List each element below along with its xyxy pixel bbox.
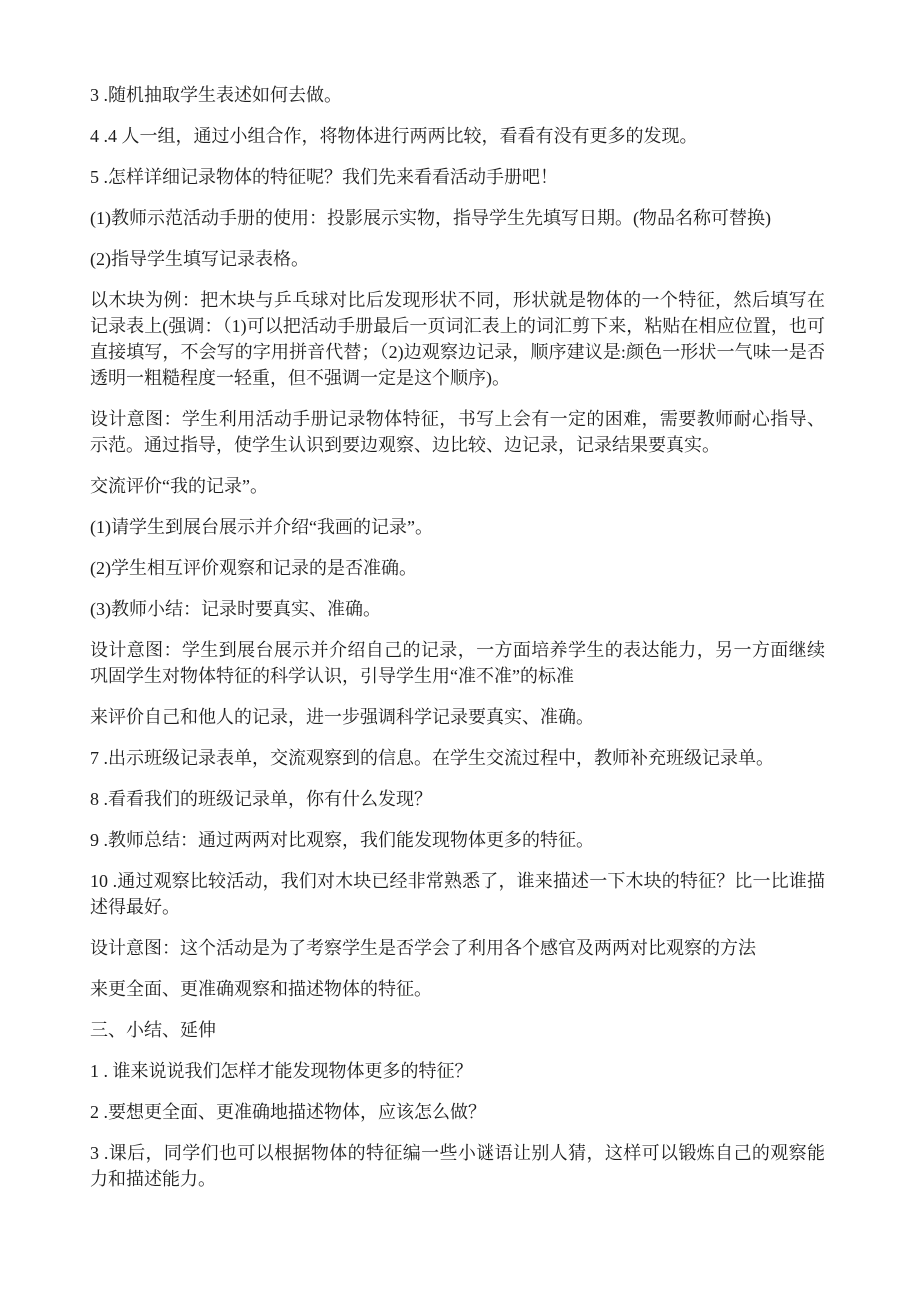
paragraph: 来更全面、更准确观察和描述物体的特征。 [90, 976, 825, 1002]
paragraph: (1)请学生到展台展示并介绍“我画的记录”。 [90, 514, 825, 540]
paragraph: (3)教师小结：记录时要真实、准确。 [90, 596, 825, 622]
paragraph: 设计意图：学生到展台展示并介绍自己的记录，一方面培养学生的表达能力，另一方面继续… [90, 637, 825, 689]
paragraph: (2)指导学生填写记录表格。 [90, 246, 825, 272]
paragraph: 3 .课后，同学们也可以根据物体的特征编一些小谜语让别人猜，这样可以锻炼自己的观… [90, 1140, 825, 1192]
document-body: 3 .随机抽取学生表述如何去做。4 .4 人一组，通过小组合作，将物体进行两两比… [90, 82, 825, 1207]
paragraph: 1 . 谁来说说我们怎样才能发现物体更多的特征？ [90, 1058, 825, 1084]
paragraph: 三、小结、延伸 [90, 1017, 825, 1043]
paragraph: 设计意图：这个活动是为了考察学生是否学会了利用各个感官及两两对比观察的方法 [90, 935, 825, 961]
paragraph: 来评价自己和他人的记录，进一步强调科学记录要真实、准确。 [90, 704, 825, 730]
paragraph: 10 .通过观察比较活动，我们对木块已经非常熟悉了，谁来描述一下木块的特征？比一… [90, 868, 825, 920]
paragraph: 7 .出示班级记录表单，交流观察到的信息。在学生交流过程中，教师补充班级记录单。 [90, 745, 825, 771]
document-page: 3 .随机抽取学生表述如何去做。4 .4 人一组，通过小组合作，将物体进行两两比… [0, 0, 920, 1301]
paragraph: (1)教师示范活动手册的使用：投影展示实物，指导学生先填写日期。(物品名称可替换… [90, 205, 825, 231]
paragraph: 9 .教师总结：通过两两对比观察，我们能发现物体更多的特征。 [90, 827, 825, 853]
paragraph: 5 .怎样详细记录物体的特征呢？我们先来看看活动手册吧！ [90, 164, 825, 190]
paragraph: 3 .随机抽取学生表述如何去做。 [90, 82, 825, 108]
paragraph: 8 .看看我们的班级记录单，你有什么发现？ [90, 786, 825, 812]
paragraph: 2 .要想更全面、更准确地描述物体，应该怎么做？ [90, 1099, 825, 1125]
paragraph: 设计意图：学生利用活动手册记录物体特征，书写上会有一定的困难，需要教师耐心指导、… [90, 406, 825, 458]
paragraph: 4 .4 人一组，通过小组合作，将物体进行两两比较，看看有没有更多的发现。 [90, 123, 825, 149]
paragraph: 交流评价“我的记录”。 [90, 473, 825, 499]
paragraph: 以木块为例：把木块与乒乓球对比后发现形状不同，形状就是物体的一个特征，然后填写在… [90, 287, 825, 391]
paragraph: (2)学生相互评价观察和记录的是否准确。 [90, 555, 825, 581]
